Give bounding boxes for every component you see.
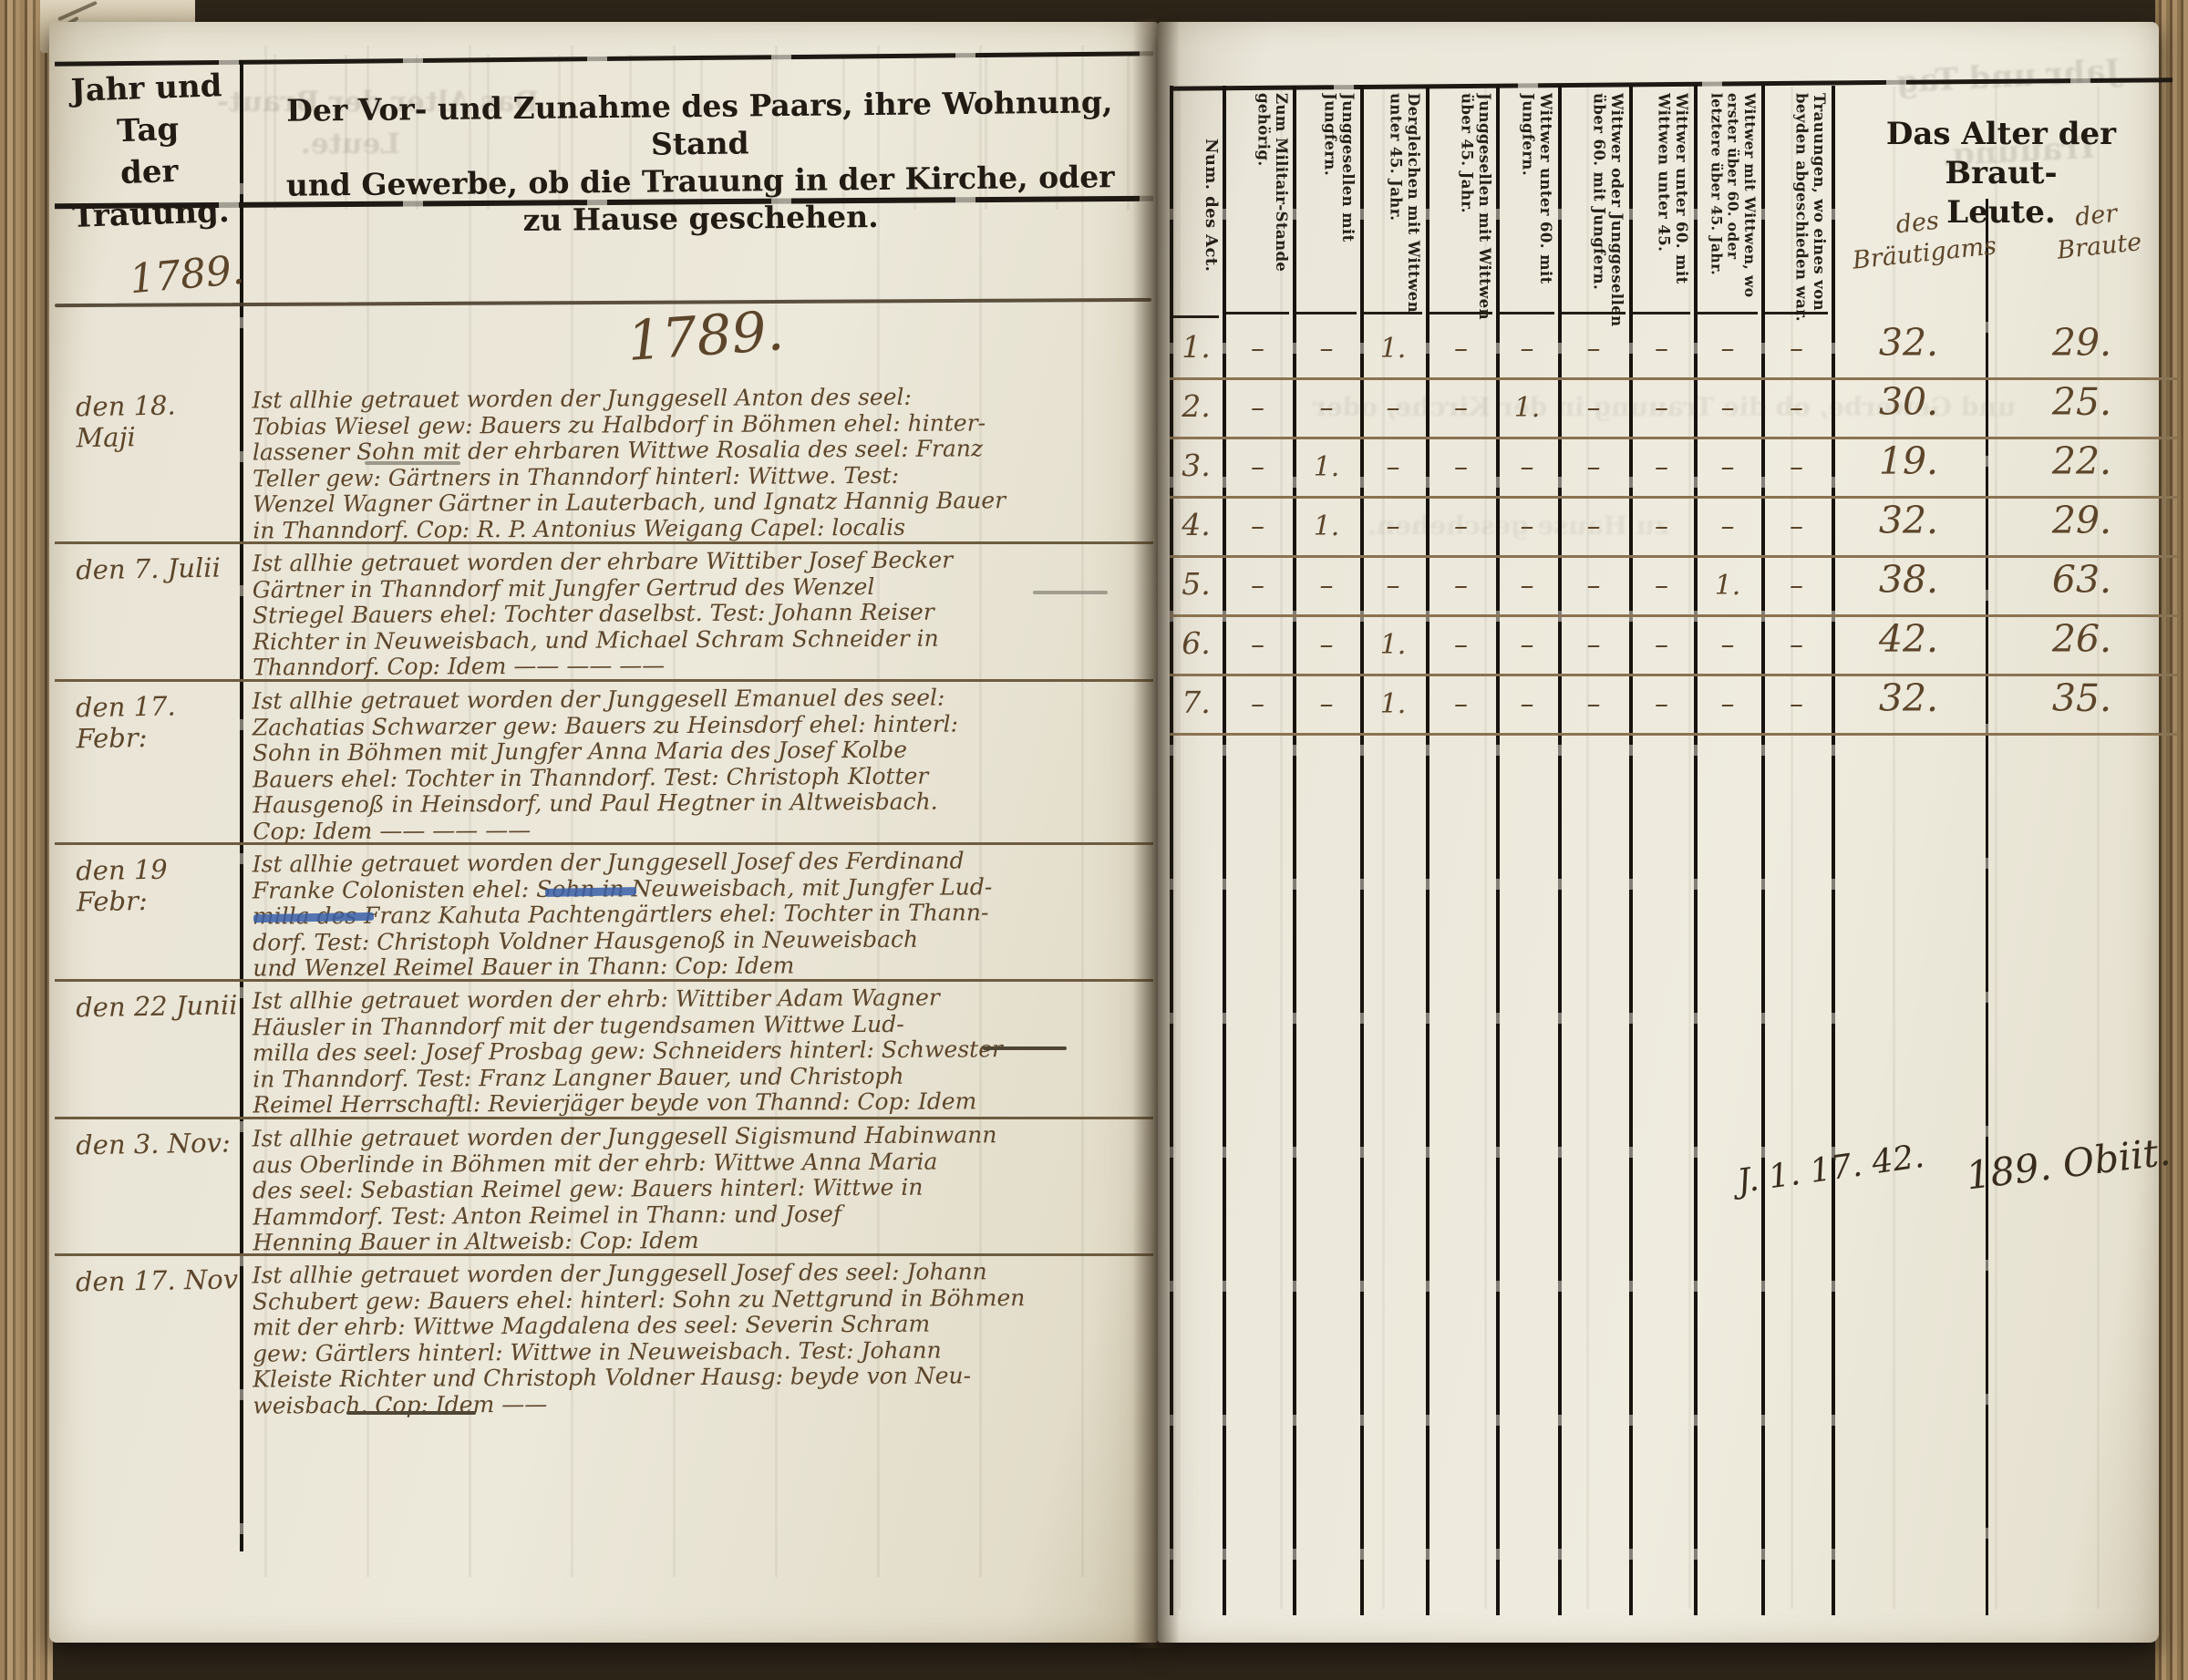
stat-mark: –	[1629, 510, 1694, 555]
entry-date: den 22 Junii	[54, 980, 243, 1118]
stat-mark: 1.	[1360, 688, 1426, 733]
column-header-wittwer-u60-jungfern: Wittwer unter 60. mit Jungfern.	[1500, 93, 1554, 328]
stat-mark: –	[1629, 629, 1694, 674]
stat-mark: –	[1694, 392, 1761, 437]
statistics-row: 7. – – 1. – – – – – – 32. 35.	[1170, 676, 2178, 736]
groom-age: 32.	[1832, 321, 1986, 377]
stat-mark: –	[1761, 570, 1832, 614]
entry-date: den 17. Febr:	[53, 680, 243, 844]
stat-mark: –	[1496, 333, 1558, 377]
stat-mark: –	[1558, 451, 1629, 496]
entry-text: Ist allhie getrauet worden der Junggesel…	[242, 679, 1154, 844]
stat-mark: 1.	[1293, 451, 1360, 496]
groom-age: 30.	[1832, 380, 1986, 437]
stat-mark: –	[1360, 570, 1426, 614]
stat-mark: –	[1496, 570, 1558, 614]
stat-mark: –	[1293, 688, 1360, 733]
bride-age: 25.	[1986, 380, 2178, 437]
stat-mark: –	[1629, 333, 1694, 377]
entry-text: Ist allhie getrauet worden der ehrbare W…	[242, 541, 1154, 681]
age-section-title-line1: Das Alter der Braut-	[1840, 115, 2162, 193]
register-entry: den 7. Julii Ist allhie getrauet worden …	[55, 544, 1153, 682]
header-tick	[1765, 312, 1828, 314]
date-column-header: Jahr und Tag der Trauung.	[56, 65, 242, 239]
groom-age: 32.	[1832, 499, 1986, 555]
stat-mark: –	[1426, 333, 1496, 377]
pencil-underline	[1033, 591, 1108, 594]
stat-mark: –	[1761, 510, 1832, 555]
stat-mark: –	[1293, 333, 1360, 377]
register-entry: den 3. Nov: Ist allhie getrauet worden d…	[55, 1119, 1153, 1257]
stat-mark: –	[1629, 688, 1694, 733]
stat-mark: –	[1496, 510, 1558, 555]
stat-mark: –	[1293, 629, 1360, 674]
stat-mark: –	[1761, 333, 1832, 377]
stat-mark: –	[1694, 451, 1761, 496]
stat-mark: –	[1293, 570, 1360, 614]
column-header-wittwer-u60-wittwen-u45: Wittwer unter 60. mit Wittwen unter 45.	[1633, 93, 1690, 328]
stat-mark: –	[1293, 392, 1360, 437]
date-column-year: 1789.	[128, 247, 246, 304]
statistics-row: 6. – – 1. – – – – – – 42. 26.	[1170, 617, 2178, 676]
register-entry: den 18. Maji Ist allhie getrauet worden …	[55, 381, 1153, 544]
entry-text: Ist allhie getrauet worden der Junggesel…	[242, 842, 1154, 982]
header-tick	[1698, 312, 1758, 314]
stat-mark: –	[1426, 451, 1496, 496]
stat-mark: –	[1223, 392, 1293, 437]
ink-underline	[346, 1411, 476, 1415]
groom-age: 38.	[1832, 558, 1986, 614]
header-tick	[1429, 312, 1492, 314]
stat-mark: 1.	[1496, 392, 1558, 437]
stat-mark: –	[1761, 451, 1832, 496]
stat-mark: –	[1496, 451, 1558, 496]
stat-mark: –	[1426, 688, 1496, 733]
register-entry: den 17. Febr: Ist allhie getrauet worden…	[55, 682, 1153, 845]
page-stack-left-edge	[0, 0, 53, 1680]
entry-text: Ist allhie getrauet worden der Junggesel…	[242, 1253, 1154, 1418]
column-header-militair: Zum Militair-Stande gehörig.	[1226, 93, 1290, 328]
stat-mark: –	[1761, 688, 1832, 733]
header-tick	[1633, 312, 1690, 314]
bride-age: 29.	[1986, 321, 2178, 377]
bride-age: 26.	[1986, 617, 2178, 674]
stat-mark: –	[1426, 510, 1496, 555]
stat-mark: 1.	[1360, 629, 1426, 674]
stat-mark: –	[1426, 392, 1496, 437]
column-header-junggesellen-jungfern: Junggesellen mit Jungfern.	[1296, 93, 1357, 328]
stat-mark: –	[1360, 451, 1426, 496]
ink-underline	[983, 1046, 1067, 1050]
statistics-row: 1. – – 1. – – – – – – 32. 29.	[1170, 321, 2178, 380]
entry-date: den 18. Maji	[53, 379, 243, 543]
groom-age: 32.	[1832, 676, 1986, 733]
column-header-wittwer-ue60-jungfern: Wittwer oder Junggesellen über 60. mit J…	[1562, 93, 1626, 328]
statistics-row: 2. – – – – 1. – – – – 30. 25.	[1170, 380, 2178, 439]
column-header-trauungen-abgeschieden: Trauungen, wo eines von beyden abgeschie…	[1765, 93, 1828, 328]
statistics-rows: 1. – – 1. – – – – – – 32. 29. 2. – – – –…	[1170, 321, 2178, 736]
book-gutter	[1132, 18, 1180, 1648]
pencil-underline	[365, 461, 460, 465]
entry-date: den 3. Nov:	[54, 1118, 243, 1255]
column-header-dergleichen-wittwen-u45: Dergleichen mit Wittwen unter 45. Jahr.	[1364, 93, 1422, 328]
stat-mark: –	[1761, 629, 1832, 674]
stat-mark: –	[1558, 392, 1629, 437]
register-entry: den 22 Junii Ist allhie getrauet worden …	[55, 982, 1153, 1119]
bride-age: 29.	[1986, 499, 2178, 555]
date-column-header-line3: Trauung.	[60, 191, 242, 239]
column-rule	[1832, 86, 1835, 1615]
stat-mark: –	[1558, 688, 1629, 733]
date-column-header-line1: Jahr und Tag	[56, 65, 239, 155]
register-title: Der Vor- und Zunahme des Paars, ihre Woh…	[265, 83, 1135, 242]
stat-mark: –	[1558, 629, 1629, 674]
stat-mark: –	[1629, 392, 1694, 437]
stat-mark: –	[1496, 629, 1558, 674]
register-entry: den 17. Nov Ist allhie getrauet worden d…	[55, 1256, 1153, 1417]
statistics-row: 4. – 1. – – – – – – – 32. 29.	[1170, 499, 2178, 558]
stat-mark: 1.	[1360, 333, 1426, 377]
stat-mark: –	[1223, 451, 1293, 496]
header-tick	[1500, 312, 1554, 314]
year-heading: 1789.	[625, 299, 786, 374]
stat-mark: –	[1761, 392, 1832, 437]
entry-text: Ist allhie getrauet worden der Junggesel…	[242, 1117, 1154, 1256]
bride-age: 35.	[1986, 676, 2178, 733]
stat-mark: 1.	[1694, 570, 1761, 614]
stat-mark: –	[1558, 333, 1629, 377]
stat-mark: –	[1694, 333, 1761, 377]
bride-age: 22.	[1986, 439, 2178, 496]
header-tick	[1296, 312, 1357, 314]
register-title-line1: Der Vor- und Zunahme des Paars, ihre Woh…	[265, 83, 1134, 167]
header-tick	[1562, 312, 1626, 314]
stat-mark: –	[1223, 333, 1293, 377]
stat-mark: –	[1496, 688, 1558, 733]
header-tick	[1226, 312, 1289, 314]
stat-mark: –	[1629, 570, 1694, 614]
stat-mark: –	[1426, 570, 1496, 614]
blue-underline-mark	[545, 887, 636, 897]
groom-age: 42.	[1832, 617, 1986, 674]
stat-mark: –	[1223, 570, 1293, 614]
stat-mark: 1.	[1293, 510, 1360, 555]
entry-date: den 17. Nov	[53, 1254, 243, 1418]
statistics-row: 5. – – – – – – – 1. – 38. 63.	[1170, 558, 2178, 617]
stat-mark: –	[1223, 510, 1293, 555]
column-header-wittwer-wittwen-ue60: Wittwer mit Wittwen, wo erster über 60. …	[1698, 93, 1758, 328]
stat-mark: –	[1694, 629, 1761, 674]
stat-mark: –	[1694, 510, 1761, 555]
stat-mark: –	[1426, 629, 1496, 674]
bride-age: 63.	[1986, 558, 2178, 614]
stat-mark: –	[1558, 510, 1629, 555]
register-book-spread: Das Alter der Braut- Leute. Jahr und Tag…	[0, 0, 2188, 1680]
statistics-row: 3. – 1. – – – – – – – 19. 22.	[1170, 439, 2178, 499]
register-entry: den 19 Febr: Ist allhie getrauet worden …	[55, 845, 1153, 983]
stat-mark: –	[1223, 629, 1293, 674]
stat-mark: –	[1223, 688, 1293, 733]
stat-mark: –	[1360, 392, 1426, 437]
stat-mark: –	[1360, 510, 1426, 555]
date-column-header-line2: der	[58, 149, 240, 197]
header-tick	[1173, 315, 1219, 318]
entry-date: den 7. Julii	[54, 542, 243, 680]
groom-age: 19.	[1832, 439, 1986, 496]
header-tick	[1364, 312, 1422, 314]
marriage-entries: den 18. Maji Ist allhie getrauet worden …	[55, 381, 1153, 1417]
stat-mark: –	[1629, 451, 1694, 496]
entry-date: den 19 Febr:	[54, 843, 243, 981]
stat-mark: –	[1558, 570, 1629, 614]
stat-mark: –	[1694, 688, 1761, 733]
column-header-junggesellen-wittwen-ue45: Junggesellen mit Wittwen über 45. Jahr.	[1429, 93, 1493, 328]
